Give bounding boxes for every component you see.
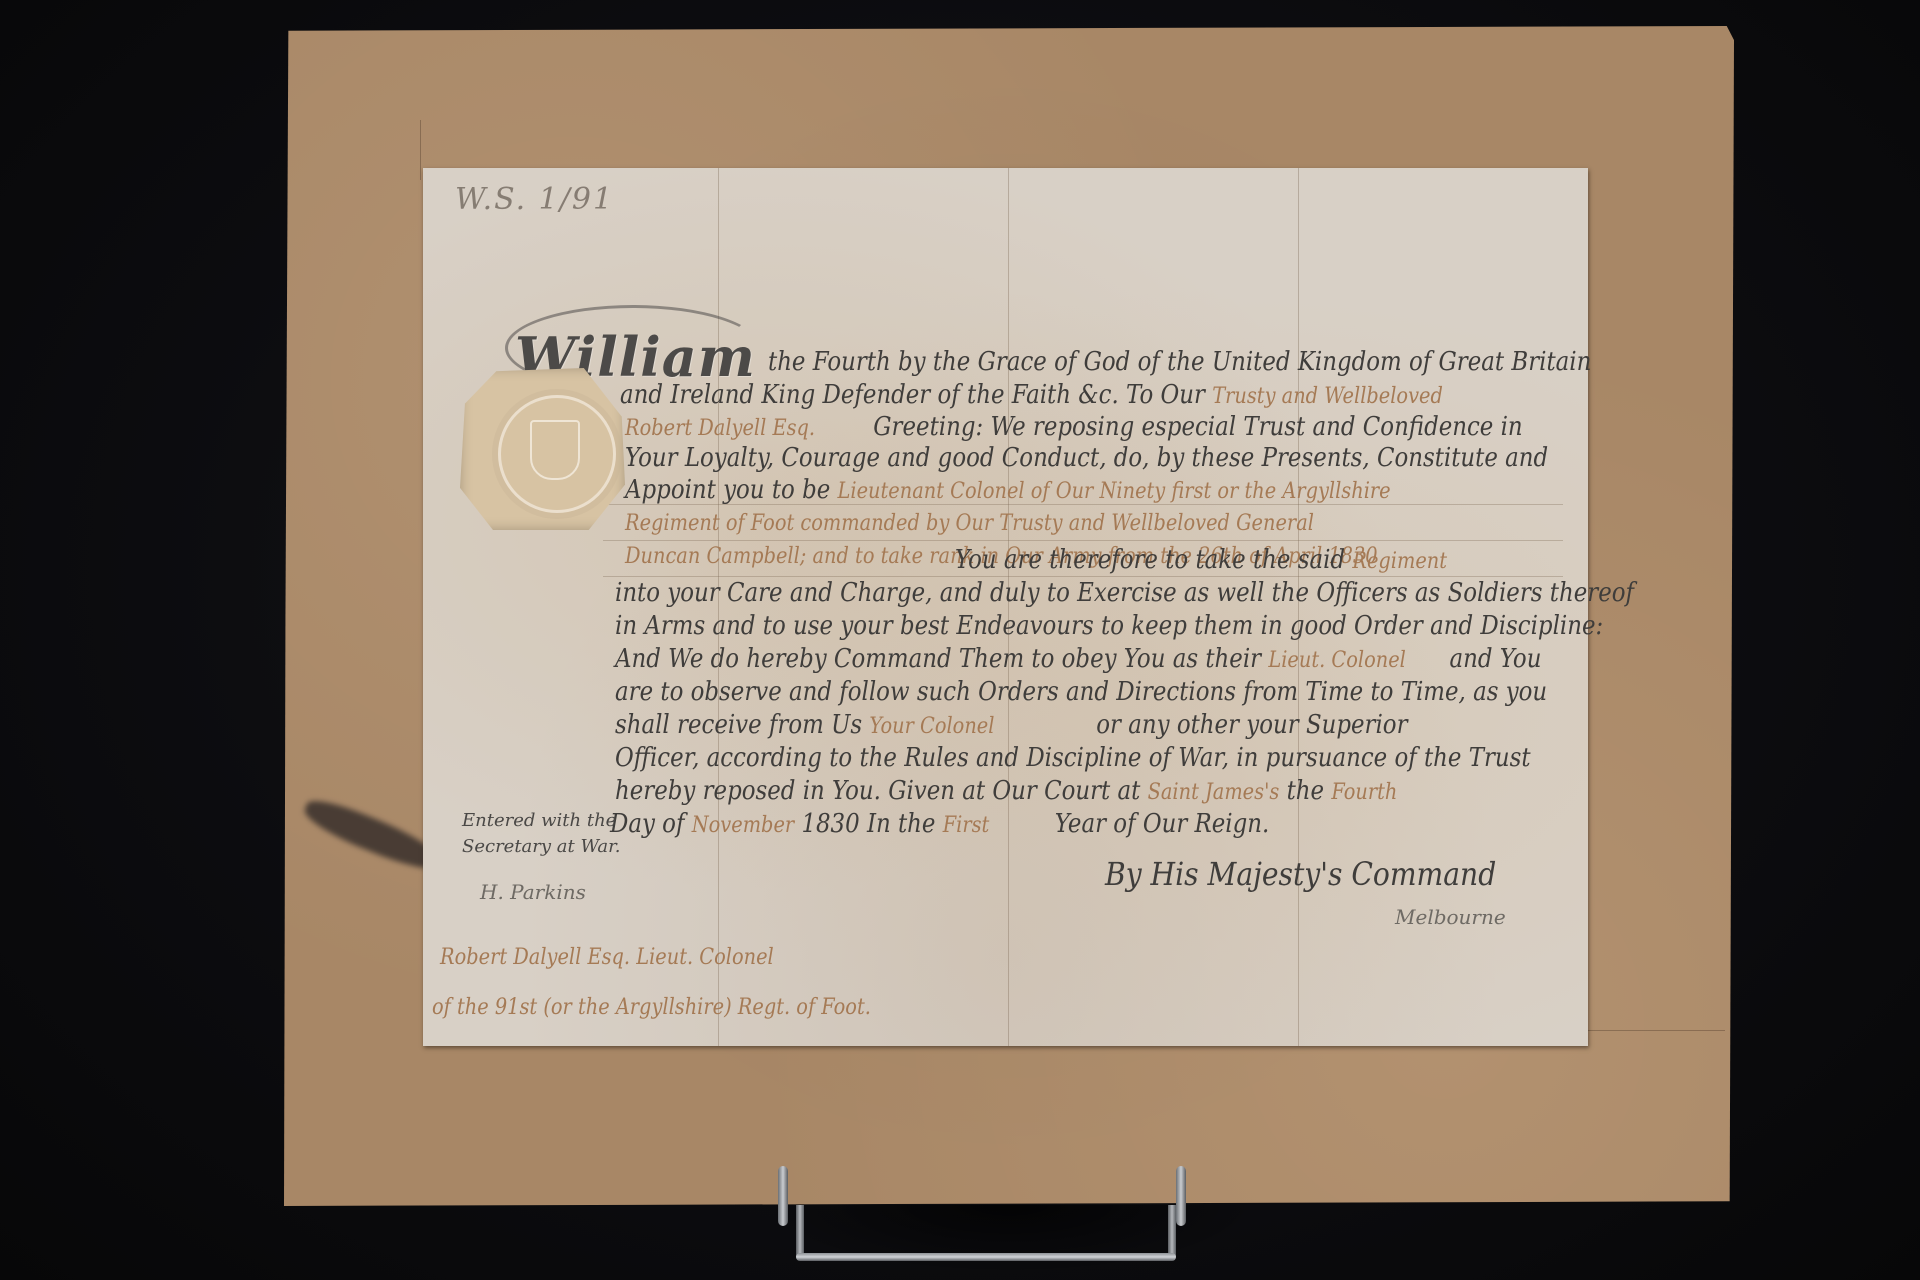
board-guide-line (420, 120, 421, 180)
text-line-13: shall receive from Us Your Colonel or an… (615, 710, 1408, 740)
entered-note-line-1: Entered with the (462, 810, 616, 831)
text-line-5: Appoint you to be Lieutenant Colonel of … (625, 475, 1391, 505)
minister-signature: Melbourne (1395, 905, 1506, 929)
text-line-2: and Ireland King Defender of the Faith &… (620, 380, 1443, 410)
text-line-11: And We do hereby Command Them to obey Yo… (615, 644, 1541, 674)
text-line-3: Robert Dalyell Esq. Greeting: We reposin… (625, 412, 1523, 442)
text-line-9: into your Care and Charge, and duly to E… (615, 578, 1634, 608)
secretary-signature: H. Parkins (480, 880, 586, 904)
handwritten-field: Regiment of Foot commanded by Our Trusty… (625, 511, 1314, 536)
text-line-15: hereby reposed in You. Given at Our Cour… (615, 776, 1397, 806)
text-line-1: the Fourth by the Grace of God of the Un… (768, 347, 1591, 377)
corner-annotation: W.S. 1/91 (455, 182, 614, 217)
handwritten-field: Trusty and Wellbeloved (1212, 384, 1443, 409)
handwritten-field: Lieutenant Colonel of Our Ninety first o… (838, 479, 1391, 504)
text-line-16: Day of November 1830 In the First Year o… (610, 809, 1269, 839)
stand-left-post (778, 1166, 788, 1226)
footer-note-line-2: of the 91st (or the Argyllshire) Regt. o… (432, 995, 871, 1020)
handwritten-field: Your Colonel (869, 714, 994, 739)
stand-base-bar (796, 1253, 1176, 1261)
footer-note-line-1: Robert Dalyell Esq. Lieut. Colonel (440, 945, 774, 970)
text-line-4: Your Loyalty, Courage and good Conduct, … (625, 443, 1548, 473)
handwritten-field: Lieut. Colonel (1268, 648, 1406, 673)
ruled-line (603, 576, 1563, 577)
handwritten-field: Fourth (1331, 780, 1397, 805)
handwritten-field: Saint James's (1148, 780, 1280, 805)
command-line: By His Majesty's Command (1105, 855, 1496, 893)
text-line-8: You are therefore to take the said Regim… (955, 545, 1447, 575)
text-line-14: Officer, according to the Rules and Disc… (615, 743, 1531, 773)
stand-right-leg (1168, 1205, 1176, 1257)
stand-right-post (1176, 1166, 1186, 1226)
handwritten-field: Regiment (1352, 549, 1447, 574)
text-line-10: in Arms and to use your best Endeavours … (615, 611, 1603, 641)
stand-left-leg (796, 1205, 804, 1257)
text-line-6: Regiment of Foot commanded by Our Trusty… (625, 507, 1314, 537)
board-guide-line (1575, 1030, 1725, 1031)
text-line-12: are to observe and follow such Orders an… (615, 677, 1547, 707)
handwritten-field: First (943, 813, 990, 838)
handwritten-field: Robert Dalyell Esq. (625, 416, 815, 441)
seal-shield-icon (530, 420, 580, 480)
handwritten-field: November (692, 813, 794, 838)
entered-note-line-2: Secretary at War. (462, 836, 620, 857)
